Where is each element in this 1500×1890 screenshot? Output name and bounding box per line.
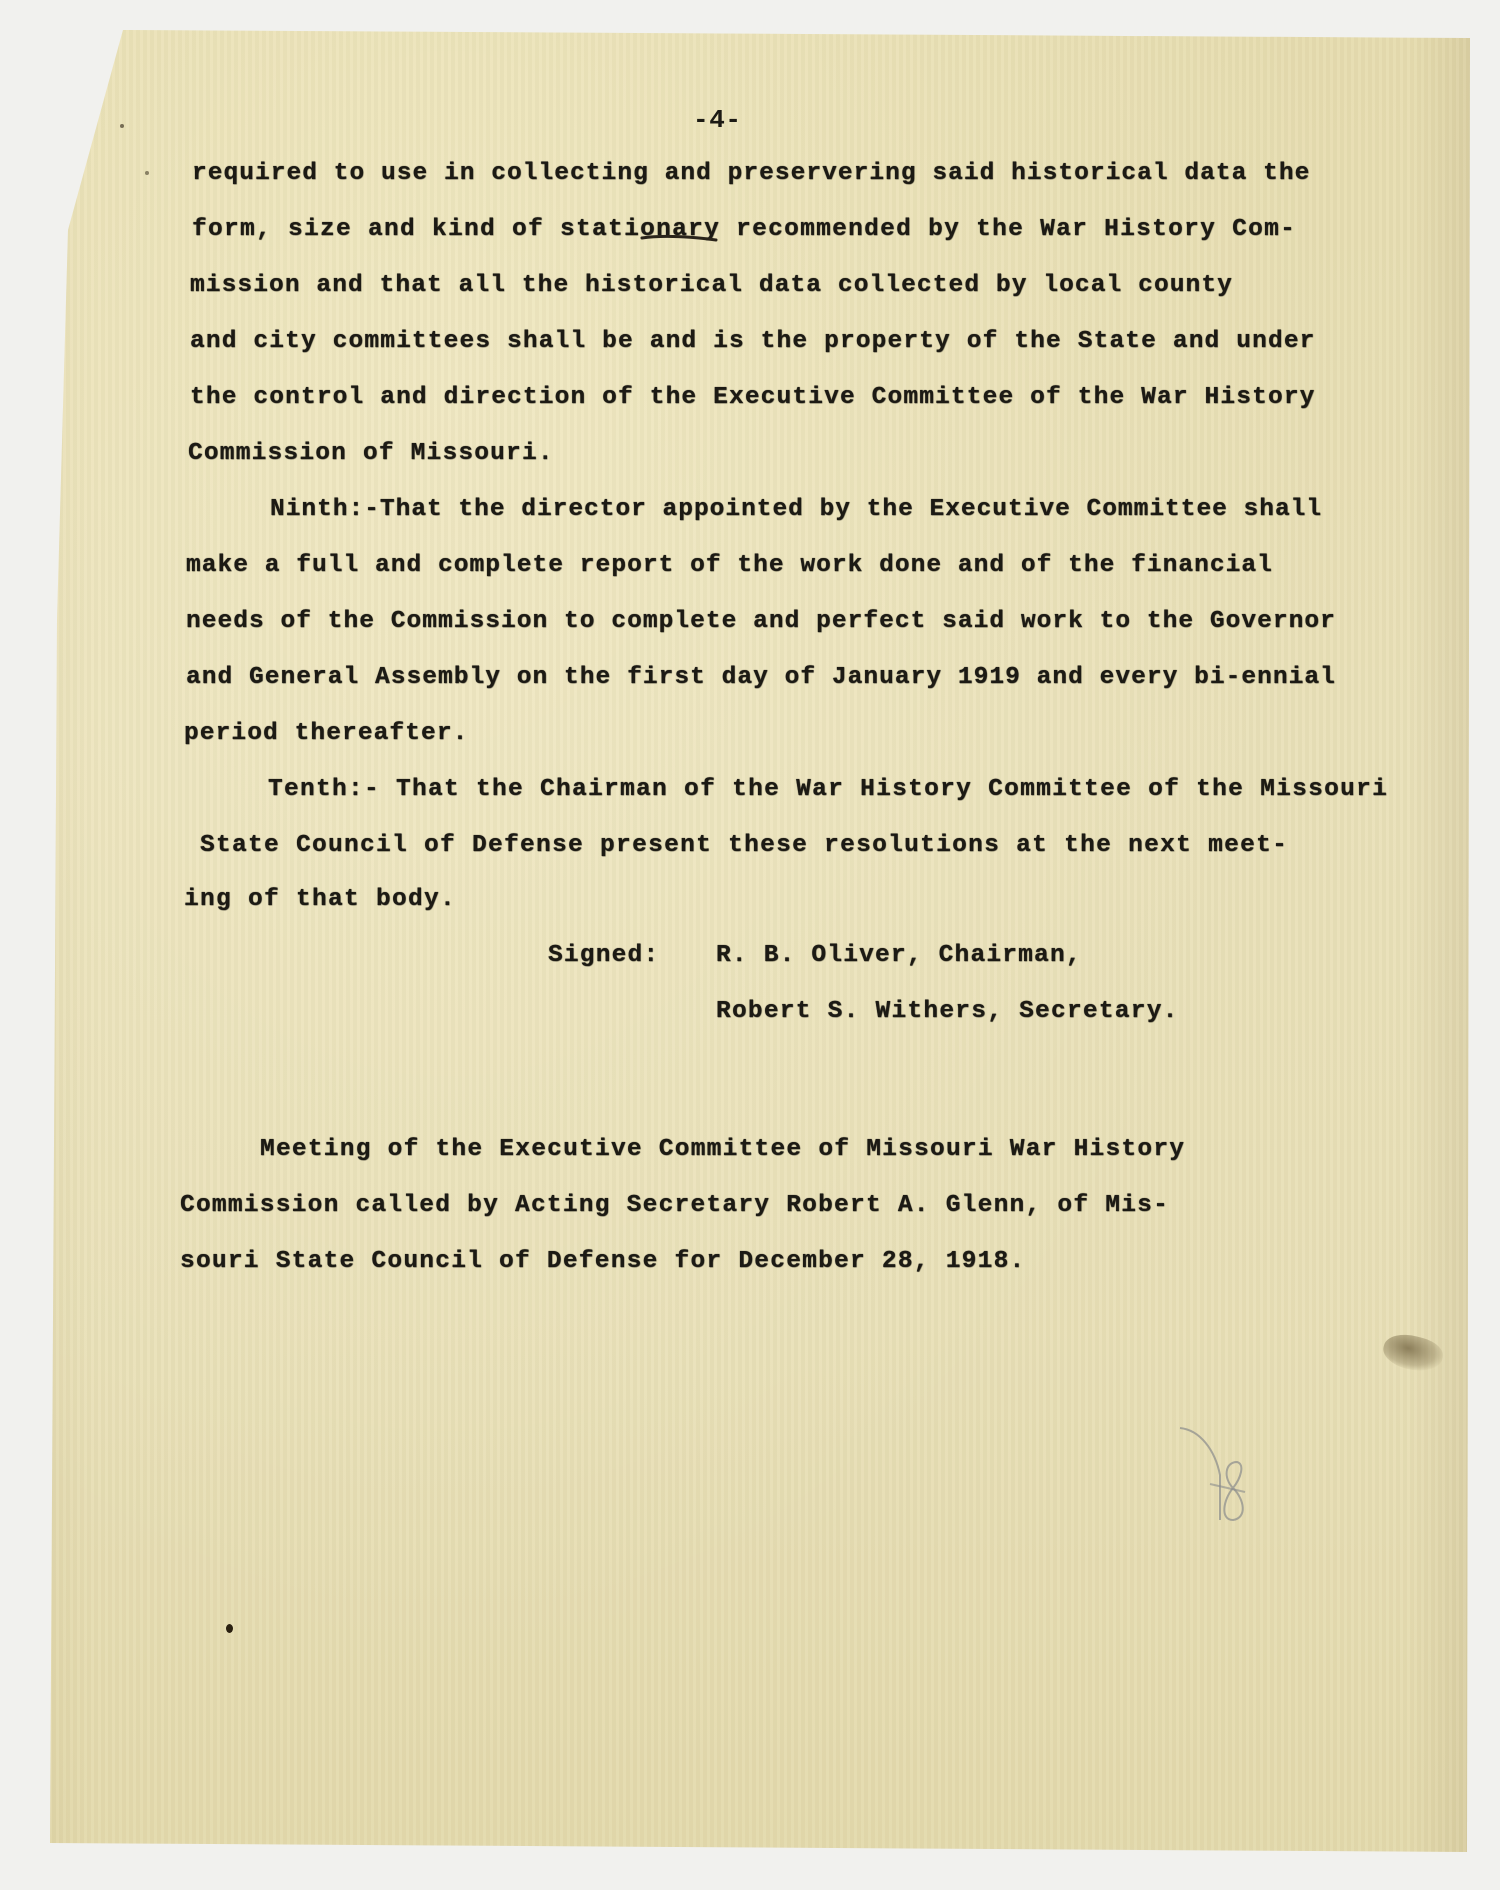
pencil-annotation-mark (1175, 1420, 1255, 1530)
text-line: needs of the Commission to complete and … (186, 608, 1336, 635)
typed-page: -4- required to use in collecting and pr… (0, 0, 1500, 1890)
text-line: Commission of Missouri. (188, 440, 554, 467)
chairman-signature: R. B. Oliver, Chairman, (716, 942, 1082, 969)
text-line: Meeting of the Executive Committee of Mi… (260, 1136, 1185, 1163)
text-line: mission and that all the historical data… (190, 272, 1233, 299)
text-line: the control and direction of the Executi… (190, 384, 1316, 411)
paper-stain (1380, 1329, 1447, 1377)
text-line: make a full and complete report of the w… (186, 552, 1273, 579)
paper-puncture (120, 124, 124, 128)
text-line: Tenth:- That the Chairman of the War His… (268, 776, 1388, 803)
text-line: Commission called by Acting Secretary Ro… (180, 1192, 1169, 1219)
text-line: ing of that body. (184, 886, 456, 913)
page-number: -4- (693, 105, 742, 135)
ink-spot (226, 1624, 233, 1633)
paper-puncture (145, 171, 149, 175)
text-line: souri State Council of Defense for Decem… (180, 1248, 1025, 1275)
text-line: Ninth:-That the director appointed by th… (270, 496, 1322, 523)
text-line: period thereafter. (184, 720, 468, 747)
text-line: State Council of Defense present these r… (200, 832, 1288, 859)
text-line: and General Assembly on the first day of… (186, 664, 1336, 691)
text-line: form, size and kind of stationary recomm… (192, 216, 1296, 243)
signed-label: Signed: (548, 942, 659, 969)
text-line: required to use in collecting and preser… (192, 160, 1310, 187)
text-line: and city committees shall be and is the … (190, 328, 1316, 355)
secretary-signature: Robert S. Withers, Secretary. (716, 998, 1179, 1025)
